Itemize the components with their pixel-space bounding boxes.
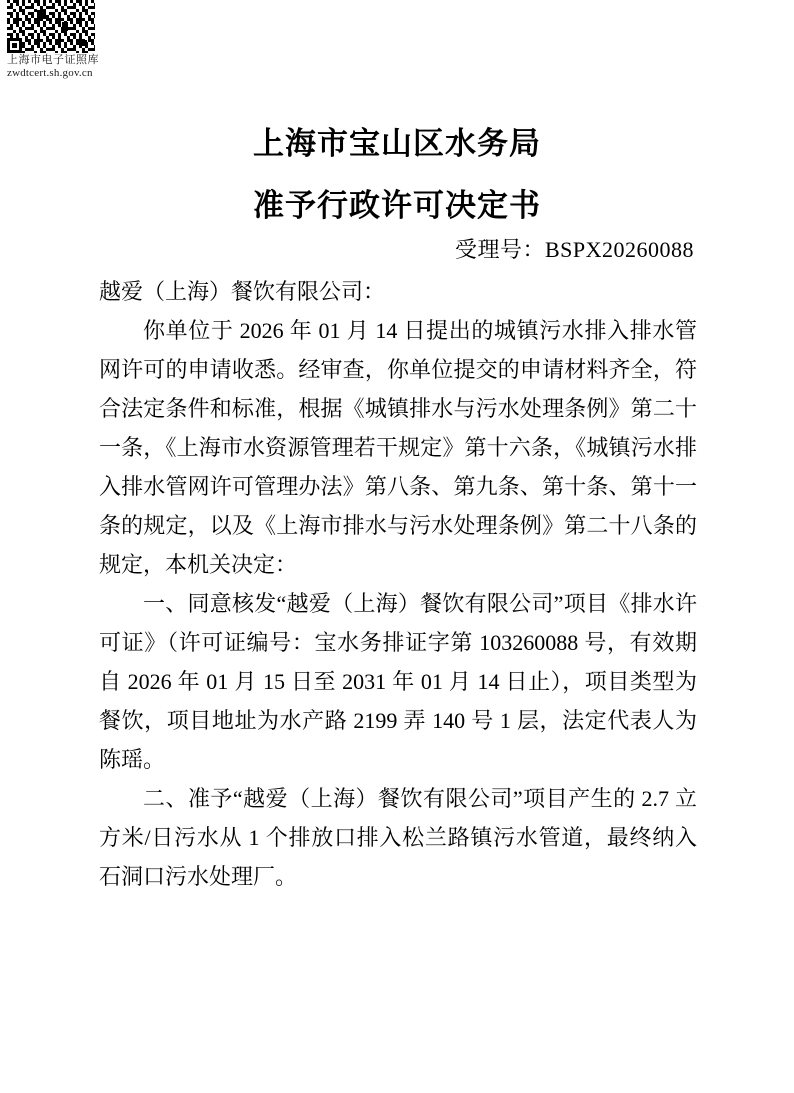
qr-caption-url: zwdtcert.sh.gov.cn: [7, 68, 127, 80]
recipient-line: 越爱（上海）餐饮有限公司：: [99, 272, 697, 311]
permit-decision-document: 上海市电子证照库 zwdtcert.sh.gov.cn 上海市宝山区水务局 准予…: [0, 0, 794, 1093]
qr-block: 上海市电子证照库 zwdtcert.sh.gov.cn: [7, 0, 127, 79]
document-body: 越爱（上海）餐饮有限公司： 你单位于 2026 年 01 月 14 日提出的城镇…: [99, 272, 697, 896]
qr-code-icon: [7, 0, 127, 53]
document-title-type: 准予行政许可决定书: [0, 180, 794, 225]
paragraph-item-2-discharge: 二、准予“越爱（上海）餐饮有限公司”项目产生的 2.7 立方米/日污水从 1 个…: [99, 779, 697, 896]
document-title-authority: 上海市宝山区水务局: [0, 118, 794, 163]
paragraph-decision-basis: 你单位于 2026 年 01 月 14 日提出的城镇污水排入排水管网许可的申请收…: [99, 311, 697, 584]
paragraph-item-1-permit: 一、同意核发“越爱（上海）餐饮有限公司”项目《排水许可证》（许可证编号：宝水务排…: [99, 584, 697, 779]
qr-caption-library: 上海市电子证照库: [7, 55, 127, 67]
acceptance-number: 受理号：BSPX20260088: [455, 233, 694, 264]
